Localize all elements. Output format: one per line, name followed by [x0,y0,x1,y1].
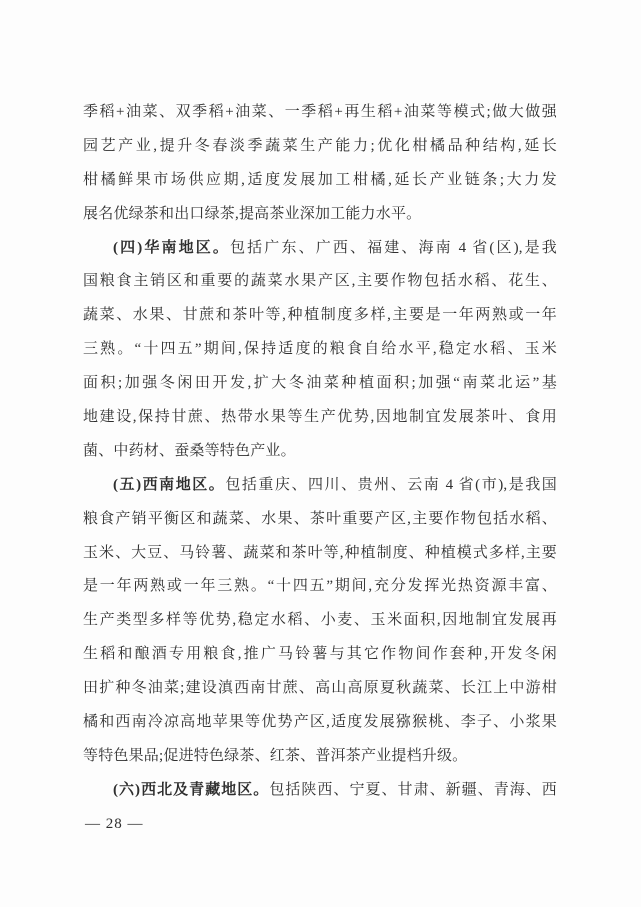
text-line: 橘和西南冷凉高地苹果等优势产区,适度发展猕猴桃、李子、小浆果 [83,706,557,740]
text-line: 是一年两熟或一年三熟。“十四五”期间,充分发挥光热资源丰富、 [83,570,557,604]
line-text: 园艺产业,提升冬春淡季蔬菜生产能力;优化柑橘品种结构,延长 [83,138,557,154]
paragraph-heading: (六)西北及青藏地区。 [113,782,269,798]
line-text: 蔬菜、水果、甘蔗和茶叶等,种植制度多样,主要是一年两熟或一年 [83,307,557,323]
text-line: 生产类型多样等优势,稳定水稻、小麦、玉米面积,因地制宜发展再 [83,604,557,638]
line-text: 玉米、大豆、马铃薯、蔬菜和茶叶等,种植制度、种植模式多样,主要 [83,545,557,561]
line-text: 展名优绿茶和出口绿茶,提高茶业深加工能力水平。 [83,206,421,222]
line-text: 包括广东、广西、福建、海南 4 省(区),是我 [230,240,557,256]
line-text: 包括陕西、宁夏、甘肃、新疆、青海、西 [269,782,557,798]
line-text: 国粮食主销区和重要的蔬菜水果产区,主要作物包括水稻、花生、 [83,273,557,289]
text-line: 玉米、大豆、马铃薯、蔬菜和茶叶等,种植制度、种植模式多样,主要 [83,537,557,571]
text-line: 蔬菜、水果、甘蔗和茶叶等,种植制度多样,主要是一年两熟或一年 [83,299,557,333]
text-line: 展名优绿茶和出口绿茶,提高茶业深加工能力水平。 [83,198,557,232]
line-text: 季稻+油菜、双季稻+油菜、一季稻+再生稻+油菜等模式;做大做强 [83,104,557,120]
line-text: 粮食产销平衡区和蔬菜、水果、茶叶重要产区,主要作物包括水稻、 [83,511,557,527]
line-text: 生稻和酿酒专用粮食,推广马铃薯与其它作物间作套种,开发冬闲 [83,646,557,662]
paragraph-heading: (五)西南地区。 [113,477,225,493]
text-line: (六)西北及青藏地区。包括陕西、宁夏、甘肃、新疆、青海、西 [83,774,557,808]
line-text: 是一年两熟或一年三熟。“十四五”期间,充分发挥光热资源丰富、 [83,578,557,594]
text-line: 田扩种冬油菜;建设滇西南甘蔗、高山高原夏秋蔬菜、长江上中游柑 [83,672,557,706]
text-line: 等特色果品;促进特色绿茶、红茶、普洱茶产业提档升级。 [83,740,557,774]
line-text: 面积;加强冬闲田开发,扩大冬油菜种植面积;加强“南菜北运”基 [83,375,557,391]
text-line: (四)华南地区。包括广东、广西、福建、海南 4 省(区),是我 [83,232,557,266]
document-body: 季稻+油菜、双季稻+油菜、一季稻+再生稻+油菜等模式;做大做强 园艺产业,提升冬… [83,96,557,808]
text-line: 柑橘鲜果市场供应期,适度发展加工柑橘,延长产业链条;大力发 [83,164,557,198]
paragraph-heading: (四)华南地区。 [113,240,230,256]
line-text: 等特色果品;促进特色绿茶、红茶、普洱茶产业提档升级。 [83,748,467,764]
line-text: 田扩种冬油菜;建设滇西南甘蔗、高山高原夏秋蔬菜、长江上中游柑 [83,680,557,696]
line-text: 包括重庆、四川、贵州、云南 4 省(市),是我国 [225,477,557,493]
text-line: 粮食产销平衡区和蔬菜、水果、茶叶重要产区,主要作物包括水稻、 [83,503,557,537]
text-line: 园艺产业,提升冬春淡季蔬菜生产能力;优化柑橘品种结构,延长 [83,130,557,164]
page-number: — 28 — [85,816,144,833]
text-line: 季稻+油菜、双季稻+油菜、一季稻+再生稻+油菜等模式;做大做强 [83,96,557,130]
text-line: 国粮食主销区和重要的蔬菜水果产区,主要作物包括水稻、花生、 [83,265,557,299]
line-text: 柑橘鲜果市场供应期,适度发展加工柑橘,延长产业链条;大力发 [83,172,557,188]
line-text: 三熟。“十四五”期间,保持适度的粮食自给水平,稳定水稻、玉米 [83,341,557,357]
text-line: 生稻和酿酒专用粮食,推广马铃薯与其它作物间作套种,开发冬闲 [83,638,557,672]
text-line: 地建设,保持甘蔗、热带水果等生产优势,因地制宜发展茶叶、食用 [83,401,557,435]
line-text: 生产类型多样等优势,稳定水稻、小麦、玉米面积,因地制宜发展再 [83,612,557,628]
text-line: (五)西南地区。包括重庆、四川、贵州、云南 4 省(市),是我国 [83,469,557,503]
text-line: 面积;加强冬闲田开发,扩大冬油菜种植面积;加强“南菜北运”基 [83,367,557,401]
line-text: 菌、中药材、蚕桑等特色产业。 [83,443,296,459]
line-text: 橘和西南冷凉高地苹果等优势产区,适度发展猕猴桃、李子、小浆果 [83,714,557,730]
text-line: 三熟。“十四五”期间,保持适度的粮食自给水平,稳定水稻、玉米 [83,333,557,367]
document-page: 季稻+油菜、双季稻+油菜、一季稻+再生稻+油菜等模式;做大做强 园艺产业,提升冬… [0,0,641,907]
text-line: 菌、中药材、蚕桑等特色产业。 [83,435,557,469]
line-text: 地建设,保持甘蔗、热带水果等生产优势,因地制宜发展茶叶、食用 [83,409,557,425]
